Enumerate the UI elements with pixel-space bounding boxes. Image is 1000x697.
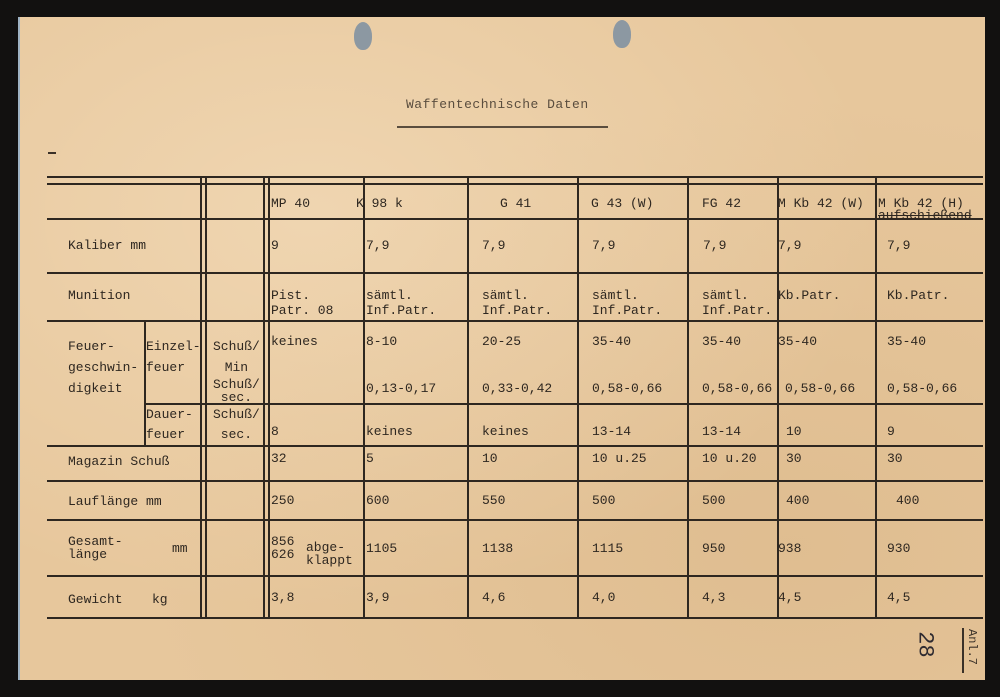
- cell: 9: [271, 238, 279, 253]
- cell: 600: [366, 493, 389, 508]
- cell: Kb.Patr.: [778, 288, 840, 303]
- cell: 3,8: [271, 590, 294, 605]
- cell: 4,5: [887, 590, 910, 605]
- cell: 7,9: [366, 238, 389, 253]
- cell: 5: [366, 451, 374, 466]
- cell: 950: [702, 541, 725, 556]
- cell: 7,9: [482, 238, 505, 253]
- cell: 930: [887, 541, 910, 556]
- cell: 10: [786, 424, 802, 439]
- cell: Kb.Patr.: [887, 288, 949, 303]
- cell: Pist. Patr. 08: [271, 288, 333, 318]
- row-label: Gesamt- länge: [68, 535, 123, 561]
- column-header: K 98 k: [356, 196, 403, 211]
- column-header: FG 42: [702, 196, 741, 211]
- cell: 8: [271, 424, 279, 439]
- cell: 7,9: [592, 238, 615, 253]
- cell: sämtl. Inf.Patr.: [592, 288, 662, 318]
- row-label: Gewicht: [68, 592, 123, 607]
- cell: 500: [592, 493, 615, 508]
- cell: 0,58-0,66: [887, 381, 957, 396]
- cell: keines: [482, 424, 529, 439]
- column-header-note: aufschießend: [878, 208, 972, 223]
- row-label: Feuer- geschwin- digkeit: [68, 336, 138, 399]
- row-label: Magazin Schuß: [68, 454, 169, 469]
- cell: 10 u.25: [592, 451, 647, 466]
- table-rule: [687, 176, 689, 618]
- table-rule: [47, 445, 983, 447]
- table-rule: [263, 176, 265, 618]
- cell: 0,58-0,66: [592, 381, 662, 396]
- cell: 1138: [482, 541, 513, 556]
- row-label: Lauflänge mm: [68, 494, 162, 509]
- cell: 4,5: [778, 590, 801, 605]
- cell: 250: [271, 493, 294, 508]
- row-label: Kaliber mm: [68, 238, 146, 253]
- cell: 400: [896, 493, 919, 508]
- cell: 4,3: [702, 590, 725, 605]
- cell: 0,33-0,42: [482, 381, 552, 396]
- cell: 13-14: [592, 424, 631, 439]
- cell-note: abge- klappt: [306, 541, 353, 567]
- cell: 938: [778, 541, 801, 556]
- cell: sämtl. Inf.Patr.: [482, 288, 552, 318]
- table-rule: [467, 176, 469, 618]
- cell: 7,9: [703, 238, 726, 253]
- cell: 856 626: [271, 535, 294, 561]
- row-label: Munition: [68, 288, 130, 303]
- unit-label: Schuß/ Min: [213, 336, 260, 378]
- table-rule: [47, 575, 983, 577]
- cell: 3,9: [366, 590, 389, 605]
- table-rule: [268, 176, 270, 618]
- cell: 30: [887, 451, 903, 466]
- cell: 4,6: [482, 590, 505, 605]
- column-header: MP 40: [271, 196, 310, 211]
- table-rule: [47, 176, 983, 178]
- annex-label: Anl.7: [965, 629, 979, 665]
- cell: 20-25: [482, 334, 521, 349]
- unit-label: mm: [172, 541, 188, 556]
- unit-label: Schuß/ sec.: [213, 405, 260, 445]
- cell: 1115: [592, 541, 623, 556]
- cell: sämtl. Inf.Patr.: [702, 288, 772, 318]
- margin-mark: [48, 152, 56, 154]
- table-rule: [205, 176, 207, 618]
- table-rule: [47, 519, 983, 521]
- unit-label: Schuß/ sec.: [213, 378, 260, 404]
- table-rule: [47, 183, 983, 185]
- cell: 7,9: [887, 238, 910, 253]
- cell: keines: [271, 334, 318, 349]
- sub-row-label: Dauer- feuer: [146, 405, 193, 445]
- cell: 0,58-0,66: [702, 381, 772, 396]
- cell: 400: [786, 493, 809, 508]
- page-number: 28: [913, 631, 938, 657]
- table-rule: [47, 480, 983, 482]
- table-rule: [47, 617, 983, 619]
- cell: sämtl. Inf.Patr.: [366, 288, 436, 318]
- unit-label: kg: [152, 592, 168, 607]
- cell: 13-14: [702, 424, 741, 439]
- cell: 30: [786, 451, 802, 466]
- annex-rule: [962, 628, 964, 673]
- cell: 10 u.20: [702, 451, 757, 466]
- column-header: G 41: [500, 196, 531, 211]
- cell: 9: [887, 424, 895, 439]
- cell: 500: [702, 493, 725, 508]
- table-rule: [47, 218, 983, 220]
- column-header: M Kb 42 (W): [778, 196, 864, 211]
- cell: 0,58-0,66: [785, 381, 855, 396]
- punch-hole: [613, 20, 631, 48]
- document-title: Waffentechnische Daten: [406, 97, 589, 112]
- cell: 35-40: [702, 334, 741, 349]
- table-rule: [363, 176, 365, 618]
- punch-hole: [354, 22, 372, 50]
- cell: 550: [482, 493, 505, 508]
- cell: 10: [482, 451, 498, 466]
- table-rule: [577, 176, 579, 618]
- cell: 35-40: [778, 334, 817, 349]
- cell: 8-10: [366, 334, 397, 349]
- cell: 1105: [366, 541, 397, 556]
- table-rule: [47, 320, 983, 322]
- cell: keines: [366, 424, 413, 439]
- cell: 7,9: [778, 238, 801, 253]
- table-rule: [875, 176, 877, 618]
- cell: 32: [271, 451, 287, 466]
- table-rule: [47, 272, 983, 274]
- table-rule: [200, 176, 202, 618]
- cell: 35-40: [592, 334, 631, 349]
- cell: 4,0: [592, 590, 615, 605]
- cell: 35-40: [887, 334, 926, 349]
- sub-row-label: Einzel- feuer: [146, 336, 201, 378]
- title-underline: [397, 126, 608, 128]
- column-header: G 43 (W): [591, 196, 653, 211]
- cell: 0,13-0,17: [366, 381, 436, 396]
